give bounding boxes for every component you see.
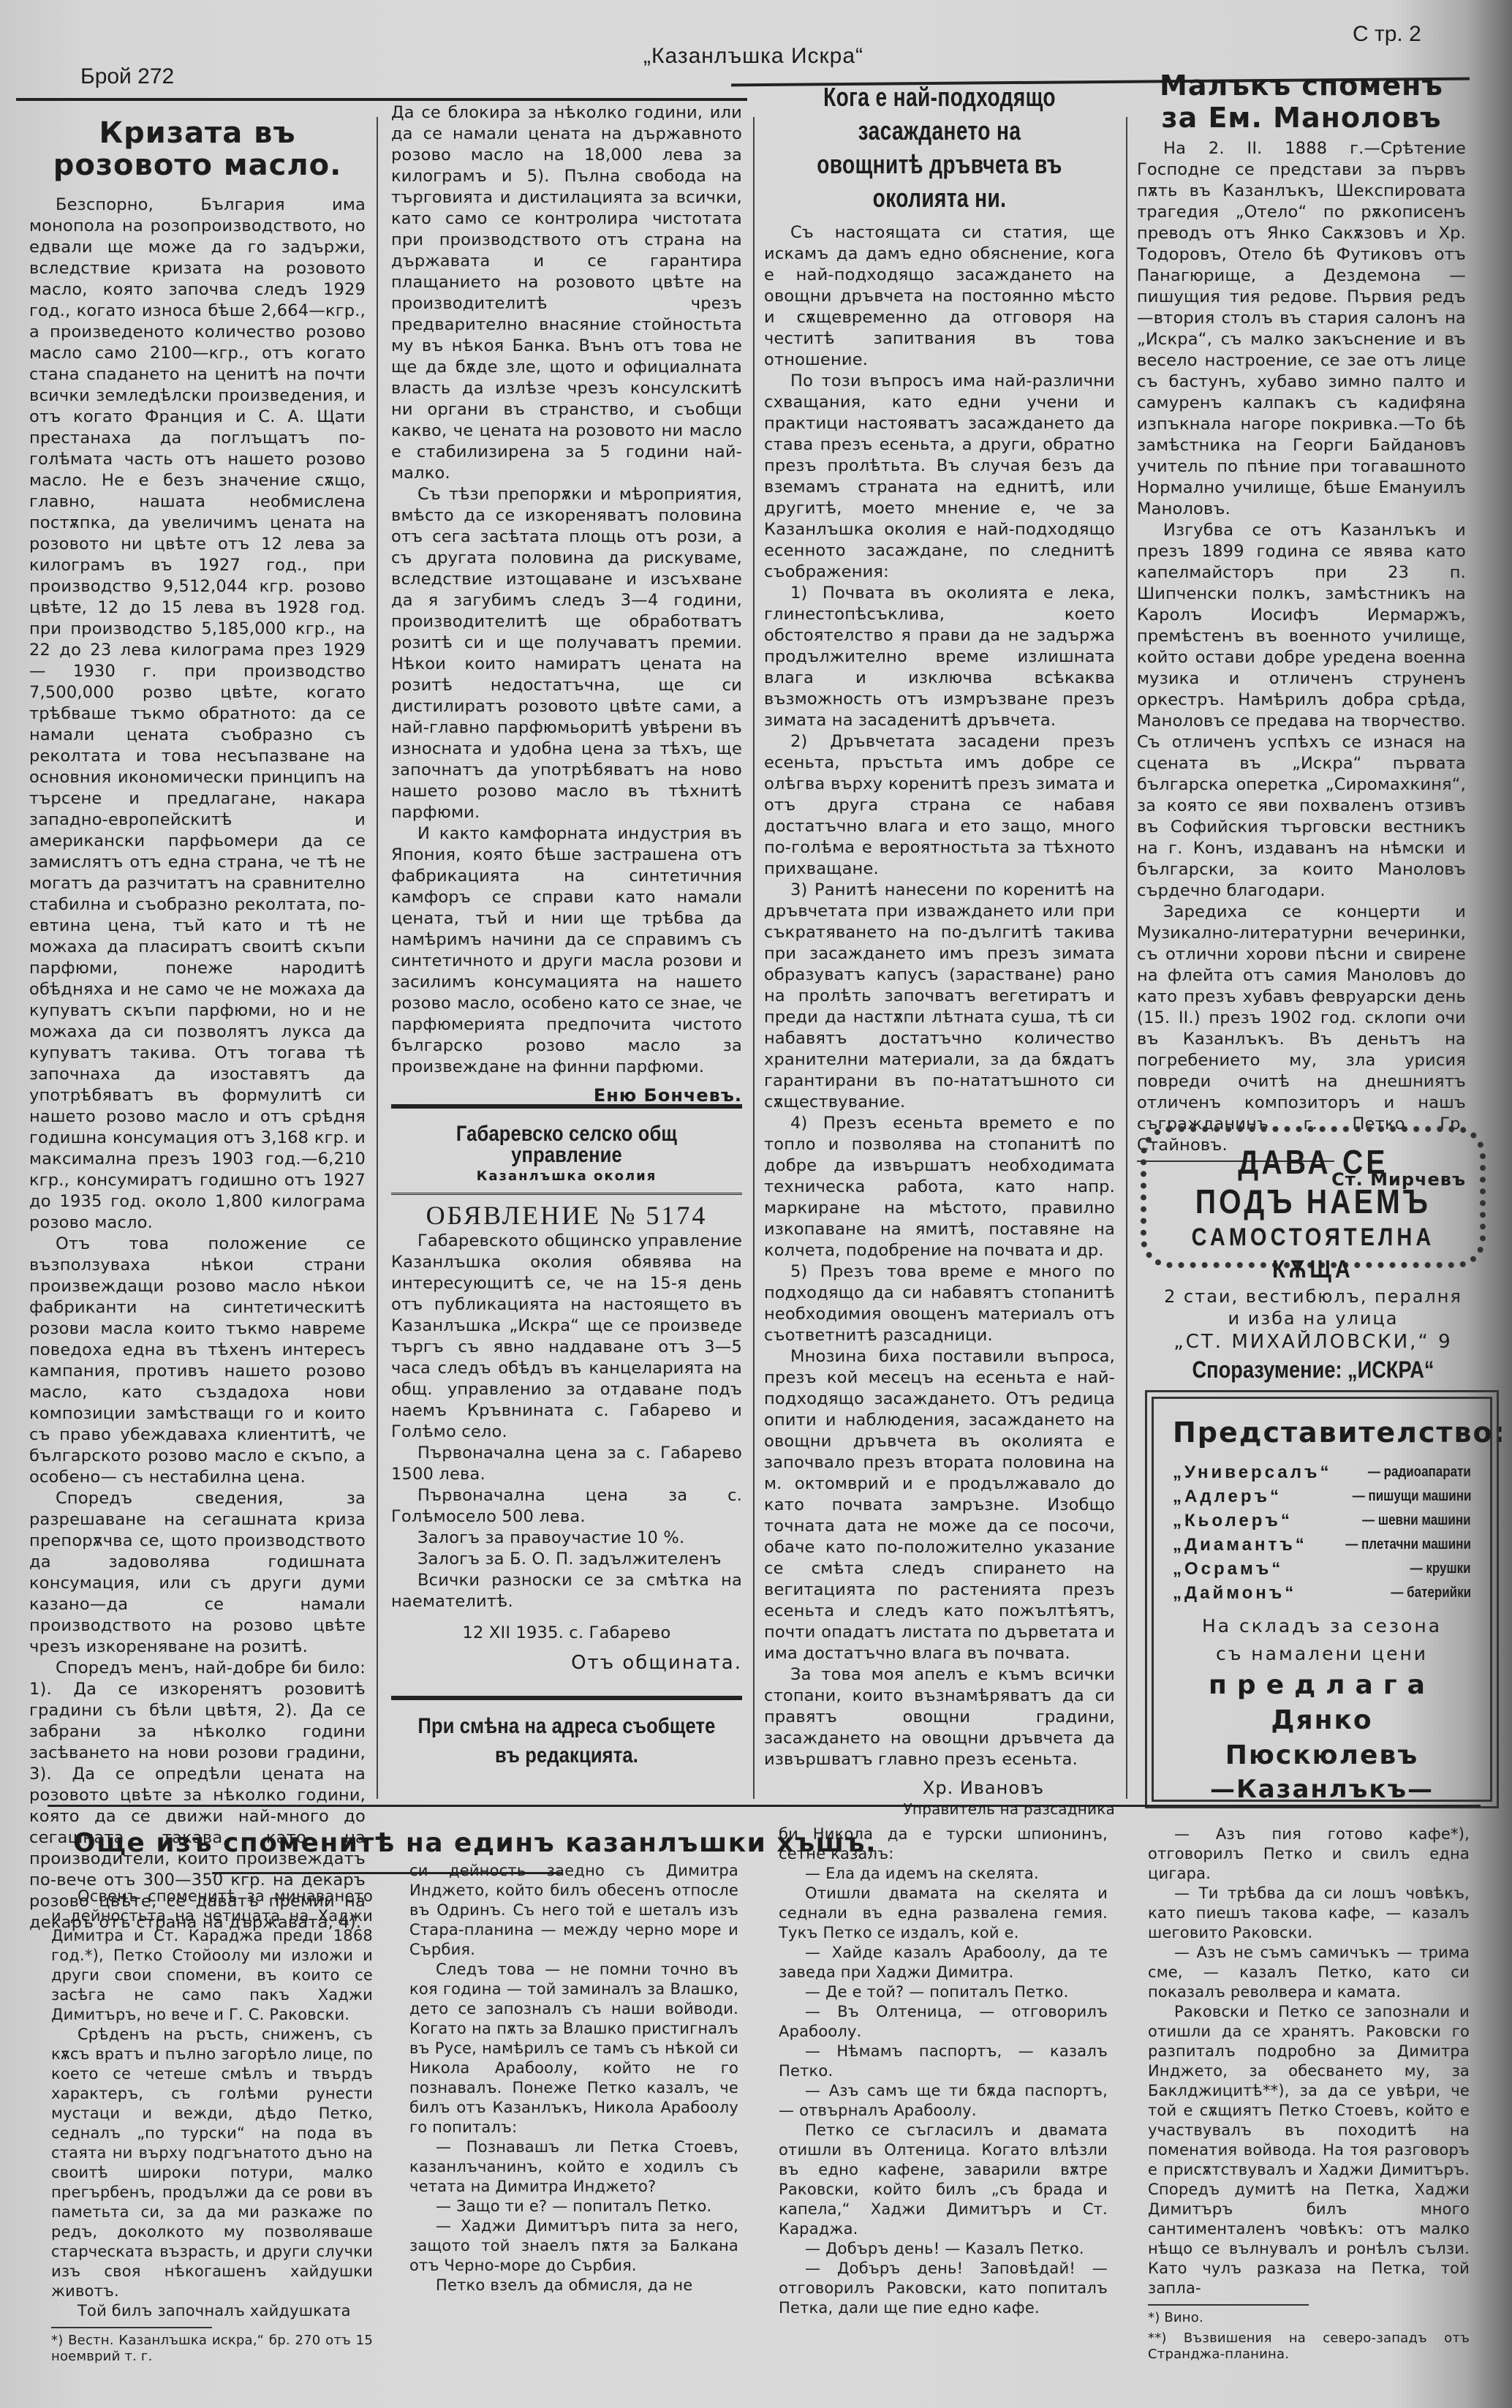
paragraph: Безспорно, България има монопола на розо… [29, 195, 366, 1234]
paragraph: си дейность заедно съ Димитра Инджето, к… [409, 1861, 738, 1960]
rep-brand: „Осрамъ“ [1173, 1557, 1283, 1581]
paragraph: — Азъ не съмъ самичъкъ — трима сме, — ка… [1148, 1943, 1470, 2002]
ad-line: и изба на улица [1160, 1307, 1467, 1329]
column-divider [377, 117, 378, 1799]
paragraph: 4) Презъ есеньта времето е по топло и по… [764, 1113, 1115, 1261]
paragraph: — Ти трѣбва да си лошъ човѣкъ, като пиеш… [1148, 1884, 1470, 1943]
article-memoirs-col1: Освенъ споменитѣ за минаването и дейност… [51, 1887, 373, 2365]
paragraph: — Добъръ день! Заповѣдай! — отговорилъ Р… [779, 2259, 1108, 2318]
column-divider [1126, 117, 1127, 1799]
notice-gabarevo: Габаревско селско общ управление Казанлъ… [391, 1104, 742, 1770]
rep-brand: „Кьолеръ“ [1173, 1509, 1293, 1533]
paragraph: 1) Почвата въ околията е лека, глинестоп… [764, 583, 1115, 731]
rep-item: „Универсалъ“— радиоапарати [1173, 1460, 1471, 1484]
notice-paragraph: Първоначална цена за с. Габарево 1500 ле… [391, 1443, 742, 1485]
paragraph: И както камфорната индустрия въ Япония, … [391, 823, 742, 1078]
notice-district: Казанлъшка околия [391, 1166, 742, 1187]
paragraph: Съ настоящата си статия, ще искамъ да да… [764, 222, 1115, 371]
notice-signature: Отъ общината. [391, 1653, 742, 1674]
paragraph: Мнозина биха поставили въпроса, презъ ко… [764, 1346, 1115, 1664]
paragraph: — Азъ пия готово кафе*), отговорилъ Петк… [1148, 1824, 1470, 1884]
rep-stock: На складъ за сезона [1173, 1612, 1471, 1640]
masthead-rule-left [16, 98, 747, 101]
article-rose-oil-col2: Да се блокира за нѣколко години, или да … [391, 102, 742, 1106]
article-title: Кога е най-подходящо засаждането на овощ… [803, 80, 1076, 215]
rep-item: „Кьолеръ“— шевни машини [1173, 1509, 1471, 1533]
ad-representation: Представителство: „Универсалъ“— радиоапа… [1152, 1397, 1492, 1802]
article-title: Още изъ споменитѣ на единъ казанлъшки хъ… [73, 1828, 877, 1858]
paragraph: — Хайде казалъ Арабоолу, да те заведа пр… [779, 1943, 1108, 1982]
ad-headline: ДАВА СЕ ПОДЪ НАЕМЪ [1183, 1142, 1444, 1221]
notice-paragraph: Всички разноски се за смѣтка на наемател… [391, 1570, 742, 1612]
rep-product: — радиоапарати [1368, 1460, 1471, 1484]
paragraph: Срѣденъ на ръсть, сниженъ, съ кѫсъ вратъ… [51, 2025, 373, 2301]
notice-title: ОБЯВЛЕНИЕ № 5174 [391, 1205, 742, 1226]
paragraph: — Защо ти е? — попиталъ Петко. [409, 2197, 738, 2216]
ad-house-rent: ДАВА СЕ ПОДЪ НАЕМЪ САМОСТОЯТЕЛНА КѪЩА 2 … [1141, 1126, 1486, 1268]
ad-address: „СТ. МИХАЙЛОВСКИ,“ 9 [1160, 1329, 1467, 1354]
paragraph: — Нѣмамъ паспортъ, — казалъ Петко. [779, 2042, 1108, 2081]
rep-city: —Казанлъкъ— [1173, 1773, 1471, 1805]
rep-prices: съ намалени цени [1173, 1640, 1471, 1668]
article-title: Малъкъ споменъ за Ем. Маноловъ [1137, 69, 1466, 134]
rep-item: „Адлеръ“— пишущи машини [1173, 1484, 1471, 1509]
paragraph: Раковски и Петко се запознали и отишли д… [1148, 2002, 1470, 2298]
rep-item: „Даймонъ“— батерийки [1173, 1581, 1471, 1605]
paragraph: 3) Ранитѣ нанесени по коренитѣ на дръвче… [764, 880, 1115, 1113]
article-author: Еню Бончевъ. [391, 1085, 742, 1106]
rep-brand: „Адлеръ“ [1173, 1484, 1282, 1509]
rep-brand: „Универсалъ“ [1173, 1460, 1331, 1484]
paragraph: 2) Дръвчетата засадени презъ есеньта, пр… [764, 731, 1115, 880]
notice-paragraph: Габаревското общинско управление Казанлъ… [391, 1231, 742, 1443]
ad-contact: Споразумение: „ИСКРА“ [1183, 1354, 1444, 1385]
paragraph: — Азъ самъ ще ти бѫда паспортъ, — отвърн… [779, 2081, 1108, 2121]
paragraph: Петко се съгласилъ и двамата отишли въ О… [779, 2121, 1108, 2239]
paragraph: Заредиха се концерти и Музикално-литерат… [1137, 902, 1466, 1156]
rep-product: — батерийки [1391, 1581, 1471, 1605]
paragraph: би Никола да е турски шпионинъ, сетне ка… [779, 1824, 1108, 1864]
notice-date: 12 XII 1935. с. Габарево [391, 1623, 742, 1644]
paragraph: На 2. II. 1888 г.—Срѣтение Господне се п… [1137, 138, 1466, 520]
notice-office: Габаревско селско общ управление [417, 1123, 716, 1166]
article-fruit-trees: Кога е най-подходящо засаждането на овощ… [764, 80, 1115, 1820]
rep-item: „Осрамъ“— крушки [1173, 1557, 1471, 1581]
article-author: Хр. Ивановъ [764, 1778, 1115, 1799]
article-memoirs-col2: си дейность заедно съ Димитра Инджето, к… [409, 1861, 738, 2295]
paragraph: За това моя апелъ е къмъ всички стопани,… [764, 1664, 1115, 1770]
column-divider [753, 117, 755, 1799]
address-change-note: При смѣна на адреса съобщете въ редакция… [417, 1712, 716, 1770]
paragraph: По този въпросъ има най-различни схващан… [764, 371, 1115, 583]
issue-number: Брой 272 [80, 64, 174, 89]
rep-brand: „Даймонъ“ [1173, 1581, 1296, 1605]
notice-bottom-rule [391, 1696, 742, 1700]
paragraph: Изгубва се отъ Казанлъкъ и презъ 1899 го… [1137, 520, 1466, 902]
article-manolov: Малъкъ споменъ за Ем. Маноловъ На 2. II.… [1137, 69, 1466, 1190]
paragraph: — Де е той? — попиталъ Петко. [779, 1982, 1108, 2002]
rep-offers: предлага [1173, 1668, 1471, 1703]
section-divider [48, 1805, 1481, 1807]
rep-merchant: Дянко Пюскюлевъ [1173, 1703, 1471, 1773]
paragraph: Да се блокира за нѣколко години, или да … [391, 102, 742, 484]
page-number: С тр. 2 [1353, 22, 1421, 47]
paragraph: — Добъръ день! — Казалъ Петко. [779, 2239, 1108, 2259]
paragraph: Освенъ споменитѣ за минаването и дейност… [51, 1887, 373, 2025]
notice-paragraph: Залогъ за правоучастие 10 %. [391, 1528, 742, 1549]
paragraph: Съ тѣзи препорѫки и мѣроприятия, вмѣсто … [391, 484, 742, 823]
article-rose-oil-col1: Кризата въ розовото масло. Безспорно, Бъ… [29, 117, 366, 1933]
paragraph: — Хаджи Димитъръ пита за него, защото то… [409, 2216, 738, 2276]
notice-top-rule [391, 1104, 742, 1109]
rep-product: — плетачни машини [1345, 1533, 1471, 1557]
paragraph: Той билъ започналъ хайдушката [51, 2301, 373, 2321]
newspaper-title: „Казанлъшка Искра“ [643, 44, 863, 69]
footnote: *) Вино. [1148, 2310, 1470, 2326]
paragraph: Отъ това положение се възползуваха нѣкои… [29, 1234, 366, 1488]
paragraph: 5) Презъ това време е много по подходящо… [764, 1261, 1115, 1346]
ad-line: 2 стаи, вестибюлъ, пералня [1160, 1286, 1467, 1307]
footnote: *) Вестн. Казанлъшка искра,“ бр. 270 отъ… [51, 2333, 373, 2365]
rep-brand: „Диамантъ“ [1173, 1533, 1307, 1557]
ad-subhead: САМОСТОЯТЕЛНА КѪЩА [1183, 1221, 1444, 1286]
paragraph: — Познавашъ ли Петка Стоевъ, казанлъчани… [409, 2137, 738, 2197]
article-memoirs-col3: би Никола да е турски шпионинъ, сетне ка… [779, 1824, 1108, 2318]
article-memoirs-col4: — Азъ пия готово кафе*), отговорилъ Петк… [1148, 1824, 1470, 2363]
paragraph: Следъ това — не помни точно въ коя годин… [409, 1960, 738, 2137]
footnote-rule [1148, 2304, 1309, 2306]
paragraph: Отишли двамата на скелята и седнали въ е… [779, 1884, 1108, 1943]
paragraph: Петко взелъ да обмисля, да не [409, 2276, 738, 2295]
notice-sub-rule [391, 1193, 742, 1195]
notice-paragraph: Първоначална цена за с. Голѣмосело 500 л… [391, 1485, 742, 1528]
paragraph: Споредъ сведения, за разрешаване на сега… [29, 1488, 366, 1658]
newspaper-page: Брой 272 „Казанлъшка Искра“ С тр. 2 Криз… [0, 0, 1512, 2408]
article-title: Кризата въ розовото масло. [29, 117, 366, 181]
author-title: Управитель на разсадника [764, 1799, 1115, 1820]
footnote: **) Възвишения на северо-западъ отъ Стра… [1148, 2330, 1470, 2363]
footnote-rule [51, 2327, 212, 2328]
rep-item: „Диамантъ“— плетачни машини [1173, 1533, 1471, 1557]
paragraph: — Ела да идемъ на скелята. [779, 1864, 1108, 1884]
notice-paragraph: Залогъ за Б. О. П. задължителенъ [391, 1549, 742, 1570]
rep-product: — крушки [1410, 1557, 1471, 1581]
paragraph: — Въ Олтеница, — отговорилъ Арабоолу. [779, 2002, 1108, 2042]
rep-title: Представителство: [1173, 1416, 1471, 1449]
rep-product: — шевни машини [1363, 1509, 1471, 1533]
rep-product: — пишущи машини [1352, 1484, 1471, 1509]
